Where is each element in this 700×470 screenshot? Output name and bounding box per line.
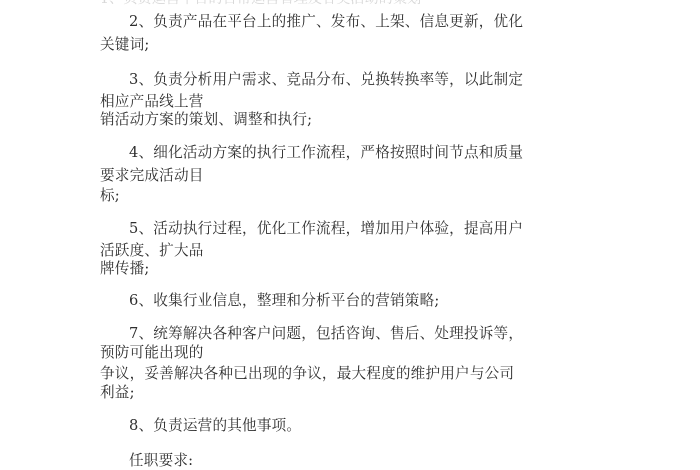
item-continuation: 预防可能出现的 xyxy=(100,344,204,362)
item-number: 7、 xyxy=(129,325,153,342)
list-item-7: 7、统筹解决各种客户问题，包括咨询、售后、处理投诉等， xyxy=(129,325,523,343)
item-text: 负责分析用户需求、竞品分布、兑换转换率等，以此制定 xyxy=(153,71,523,88)
item-number: 8、 xyxy=(129,417,153,434)
item-continuation: 销活动方案的策划、调整和执行; xyxy=(100,111,312,129)
document-page: 1、负责运营平台的日常运营管理及各类活动的策划 2、负责产品在平台上的推广、发布… xyxy=(0,0,700,470)
section-heading-requirements: 任职要求: xyxy=(129,452,193,470)
item-number: 4、 xyxy=(129,144,153,161)
item-text: 活动执行过程，优化工作流程，增加用户体验，提高用户 xyxy=(153,220,523,237)
item-text: 收集行业信息，整理和分析平台的营销策略; xyxy=(153,292,439,309)
item-number: 6、 xyxy=(129,292,153,309)
item-number: 5、 xyxy=(129,220,153,237)
item-number: 2、 xyxy=(129,13,153,30)
item-continuation: 要求完成活动目 xyxy=(100,167,204,185)
item-number: 3、 xyxy=(129,71,153,88)
list-item-3: 3、负责分析用户需求、竞品分布、兑换转换率等，以此制定 xyxy=(129,71,523,89)
item-continuation: 相应产品线上营 xyxy=(100,93,204,111)
list-item-4: 4、细化活动方案的执行工作流程，严格按照时间节点和质量 xyxy=(129,144,523,162)
item-text: 统筹解决各种客户问题，包括咨询、售后、处理投诉等， xyxy=(153,325,523,342)
item-continuation: 利益; xyxy=(100,384,135,402)
cutoff-line: 1、负责运营平台的日常运营管理及各类活动的策划 xyxy=(100,0,422,8)
item-continuation: 关键词; xyxy=(100,36,150,54)
list-item-2: 2、负责产品在平台上的推广、发布、上架、信息更新，优化 xyxy=(129,13,523,31)
item-continuation: 标; xyxy=(100,187,120,205)
item-continuation: 活跃度、扩大品 xyxy=(100,242,204,260)
item-continuation: 牌传播; xyxy=(100,260,150,278)
item-text: 负责产品在平台上的推广、发布、上架、信息更新，优化 xyxy=(153,13,523,30)
item-continuation: 争议，妥善解决各种已出现的争议，最大程度的维护用户与公司 xyxy=(100,365,514,383)
list-item-5: 5、活动执行过程，优化工作流程，增加用户体验，提高用户 xyxy=(129,220,523,238)
list-item-8: 8、负责运营的其他事项。 xyxy=(129,417,301,435)
list-item-6: 6、收集行业信息，整理和分析平台的营销策略; xyxy=(129,292,439,310)
item-text: 细化活动方案的执行工作流程，严格按照时间节点和质量 xyxy=(153,144,523,161)
item-text: 负责运营的其他事项。 xyxy=(153,417,301,434)
